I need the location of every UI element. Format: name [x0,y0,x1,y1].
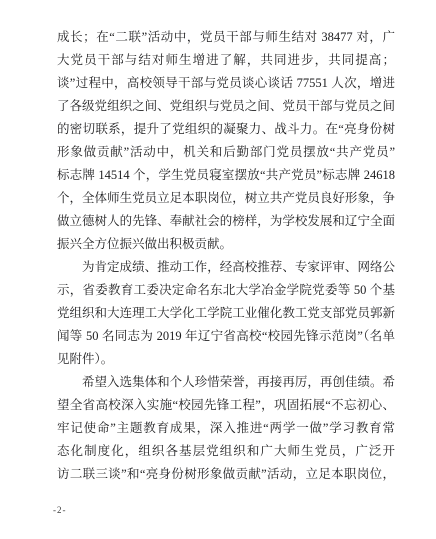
text-line: 为肯定成绩、推动工作，经高校推荐、专家评审、网络公 [57,256,395,279]
text-line: 访二联三谈”和“亮身份树形象做贡献”活动，立足本职岗位， [57,463,395,486]
text-line: 振兴全方位振兴做出积极贡献。 [57,233,395,256]
text-line: 的密切联系，提升了党组织的凝聚力、战斗力。在“亮身份树 [57,118,395,141]
text-line: 形象做贡献”活动中，机关和后勤部门党员摆放“共产党员” [57,141,395,164]
text-line: 牢记使命”主题教育成果，深入推进“两学一做”学习教育常 [57,417,395,440]
text-line: 做立德树人的先锋、奉献社会的榜样，为学校发展和辽宁全面 [57,210,395,233]
text-line: 大党员干部与结对师生增进了解，共同进步，共同提高；在“三 [57,49,395,72]
text-line: 党组织和大连理工大学化工学院工业催化教工党支部党员郭新 [57,302,395,325]
text-line: 见附件）。 [57,348,395,371]
page-number: -2- [53,505,67,515]
text-line: 态化制度化，组织各基层党组织和广大师生党员，广泛开展“一 [57,440,395,463]
text-line: 希望入选集体和个人珍惜荣誉，再接再厉，再创佳绩。希 [57,371,395,394]
text-line: 望全省高校深入实施“校园先锋工程”，巩固拓展“不忘初心、 [57,394,395,417]
document-body: 成长；在“二联”活动中，党员干部与师生结对 38477 对，广 大党员干部与结对… [57,26,395,486]
text-line: 闻等 50 名同志为 2019 年辽宁省高校“校园先锋示范岗”（名单 [57,325,395,348]
text-line: 了各级党组织之间、党组织与党员之间、党员干部与党员之间 [57,95,395,118]
text-line: 谈”过程中，高校领导干部与党员谈心谈话 77551 人次，增进 [57,72,395,95]
text-line: 示，省委教育工委决定命名东北大学冶金学院党委等 50 个基层 [57,279,395,302]
text-line: 标志牌 14514 个，学生党员寝室摆放“共产党员”标志牌 24618 [57,164,395,187]
text-line: 个，全体师生党员立足本职岗位，树立共产党员良好形象，争 [57,187,395,210]
text-line: 成长；在“二联”活动中，党员干部与师生结对 38477 对，广 [57,26,395,49]
document-page: 成长；在“二联”活动中，党员干部与师生结对 38477 对，广 大党员干部与结对… [0,0,436,539]
